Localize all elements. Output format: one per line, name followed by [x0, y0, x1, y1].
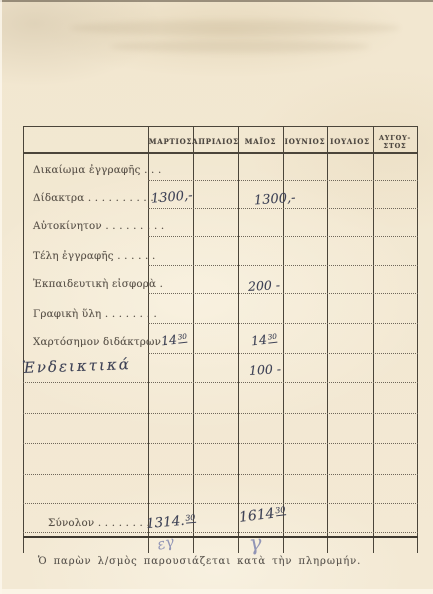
amount-main: 1314. — [145, 513, 185, 532]
amount-superscript: 30 — [185, 513, 196, 524]
row-label-teli-eggrafis: Τέλη ἐγγραφῆς . . . . . . — [33, 250, 151, 262]
row-rule — [23, 503, 418, 504]
check-squiggle-maios: γ — [248, 530, 263, 555]
row-rule — [23, 532, 418, 533]
row-label-didaktra: Δίδακτρα . . . . . . . . . . . — [33, 192, 151, 204]
scanned-fee-card: ΜΑΡΤΙΟΣ ΑΠΡΙΛΙΟΣ ΜΑΪΟΣ ΙΟΥΝΙΟΣ ΙΟΥΛΙΟΣ Α… — [0, 0, 433, 594]
amount-superscript: 30 — [177, 332, 187, 343]
row-rule — [23, 474, 418, 475]
row-rule — [148, 323, 418, 324]
table-header-rule — [23, 152, 418, 154]
column-header-maios: ΜΑΪΟΣ — [238, 132, 283, 152]
handwritten-amount-hartosimon-maios: 1430 — [250, 331, 278, 349]
table-border-left — [23, 126, 24, 553]
handwritten-row-label-endeiktika: Ἐνδεικτικά — [22, 355, 131, 377]
column-header-martios: ΜΑΡΤΙΟΣ — [148, 132, 193, 152]
table-border-top — [23, 126, 418, 127]
table-gridline-v4 — [283, 126, 284, 553]
column-header-augoustos: ΑΥΓΟΥ- ΣΤΟΣ — [373, 132, 417, 152]
scan-edge-bottom — [0, 589, 433, 594]
row-rule — [148, 293, 418, 294]
scan-edge-top — [0, 0, 433, 2]
row-rule — [148, 265, 418, 266]
handwritten-amount-didaktra-maios: 1300,- — [254, 191, 297, 209]
amount-superscript: 30 — [267, 332, 277, 343]
handwritten-amount-eisfora-maios: 200 - — [248, 277, 281, 294]
row-rule — [148, 353, 418, 354]
handwritten-total-maios: 161430 — [238, 504, 287, 526]
row-rule — [23, 382, 418, 383]
handwritten-amount-hartosimon-martios: 1430 — [160, 331, 188, 349]
handwritten-amount-endeiktika-maios: 100 - — [249, 361, 282, 378]
scan-edge-left — [0, 0, 2, 594]
column-header-aprilios: ΑΠΡΙΛΙΟΣ — [193, 132, 238, 152]
table-gridline-v2 — [193, 126, 194, 553]
showthrough-stain — [70, 20, 400, 36]
table-gridline-v3 — [238, 126, 239, 553]
column-header-ioulios: ΙΟΥΛΙΟΣ — [327, 132, 373, 152]
row-label-autokiniton: Αὐτοκίνητον . . . . . . . . . — [33, 220, 151, 232]
row-rule — [148, 180, 418, 181]
amount-superscript: 30 — [275, 504, 287, 517]
table-border-right — [417, 126, 418, 553]
table-gridline-v5 — [327, 126, 328, 553]
row-rule — [23, 413, 418, 414]
amount-main: 1614 — [238, 506, 275, 526]
table-gridline-v6 — [373, 126, 374, 553]
row-rule — [148, 208, 418, 209]
footnote: Ὁ παρὼν λ/σμὸς παρουσιάζεται κατὰ τὴν πλ… — [38, 556, 361, 567]
row-label-dikaioma-eggrafis: Δικαίωμα ἐγγραφῆς . . . — [33, 164, 151, 176]
row-label-ekpaideutiki-eisfora: Ἐκπαιδευτικὴ εἰσφορὰ . — [33, 278, 151, 290]
amount-main: 14 — [250, 332, 267, 349]
row-label-hartosimon: Χαρτόσημον διδάκτρων . — [33, 336, 151, 348]
row-label-grafiki-yli: Γραφικὴ ὕλη . . . . . . . . — [33, 308, 151, 320]
table-border-bottom — [23, 536, 418, 538]
showthrough-stain — [110, 40, 370, 53]
amount-main: 14 — [160, 332, 177, 349]
handwritten-total-martios: 1314.30 — [145, 512, 196, 532]
row-rule — [23, 443, 418, 444]
handwritten-amount-didaktra-martios: 1300,- — [150, 188, 193, 207]
column-header-iounios: ΙΟΥΝΙΟΣ — [283, 132, 327, 152]
row-rule — [148, 236, 418, 237]
